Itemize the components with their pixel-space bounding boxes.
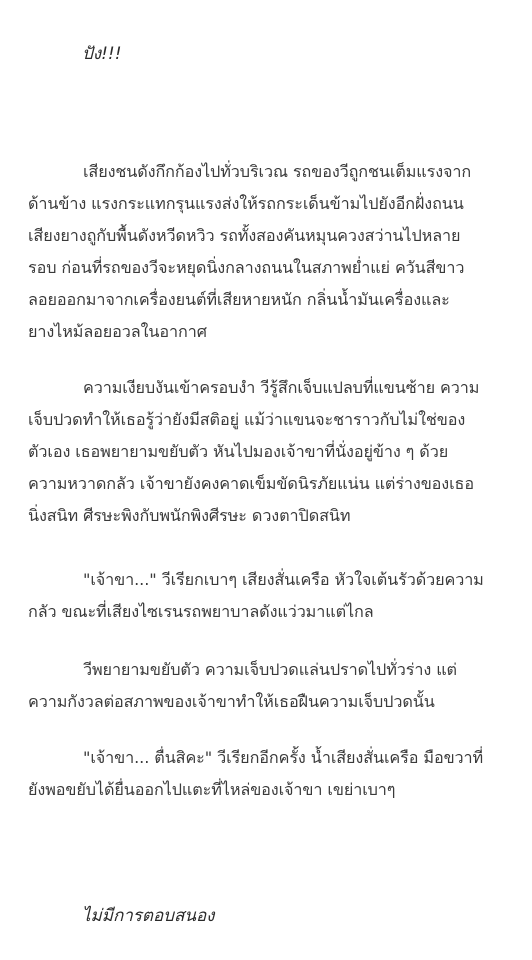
text-line: "เจ้าขา..." วีเรียกเบาๆ เสียงสั่นเครือ ห… (28, 564, 508, 596)
text-line: ลอยออกมาจากเครื่องยนต์ที่เสียหายหนัก กลิ… (28, 284, 508, 316)
paragraph-5: "เจ้าขา... ตื่นสิคะ" วีเรียกอีกครั้ง น้ำ… (28, 742, 508, 806)
closing-heading: ไม่มีการตอบสนอง (82, 902, 214, 929)
text-line: เสียงยางถูกับพื้นดังหวีดหวิว รถทั้งสองคั… (28, 220, 508, 252)
text-line: ความกังวลต่อสภาพของเจ้าขาทำให้เธอฝืนความ… (28, 686, 508, 718)
text-line: วีพยายามขยับตัว ความเจ็บปวดแล่นปราดไปทั่… (28, 654, 508, 686)
text-line: ด้านข้าง แรงกระแทกรุนแรงส่งให้รถกระเด็นข… (28, 188, 508, 220)
text-line: รอบ ก่อนที่รถของวีจะหยุดนิ่งกลางถนนในสภา… (28, 252, 508, 284)
text-line: ยางไหม้ลอยอวลในอากาศ (28, 316, 508, 348)
text-line: ความหวาดกลัว เจ้าขายังคงคาดเข็มขัดนิรภัย… (28, 468, 508, 500)
paragraph-1: เสียงชนดังกึกก้องไปทั่วบริเวณ รถของวีถูก… (28, 156, 508, 348)
text-line: "เจ้าขา... ตื่นสิคะ" วีเรียกอีกครั้ง น้ำ… (28, 742, 508, 774)
text-line: เจ็บปวดทำให้เธอรู้ว่ายังมีสติอยู่ แม้ว่า… (28, 404, 508, 436)
text-line: ความเงียบงันเข้าครอบงำ วีรู้สึกเจ็บแปลบท… (28, 372, 508, 404)
text-line: ตัวเอง เธอพยายามขยับตัว หันไปมองเจ้าขาที… (28, 436, 508, 468)
paragraph-2: ความเงียบงันเข้าครอบงำ วีรู้สึกเจ็บแปลบท… (28, 372, 508, 532)
opening-heading: ปัง!!! (82, 40, 122, 67)
text-line: เสียงชนดังกึกก้องไปทั่วบริเวณ รถของวีถูก… (28, 156, 508, 188)
paragraph-4: วีพยายามขยับตัว ความเจ็บปวดแล่นปราดไปทั่… (28, 654, 508, 718)
text-line: กลัว ขณะที่เสียงไซเรนรถพยาบาลดังแว่วมาแต… (28, 596, 508, 628)
text-line: ยังพอขยับได้ยื่นออกไปแตะที่ไหล่ของเจ้าขา… (28, 774, 508, 806)
text-line: นิ่งสนิท ศีรษะพิงกับพนักพิงศีรษะ ดวงตาปิ… (28, 500, 508, 532)
paragraph-3: "เจ้าขา..." วีเรียกเบาๆ เสียงสั่นเครือ ห… (28, 564, 508, 628)
